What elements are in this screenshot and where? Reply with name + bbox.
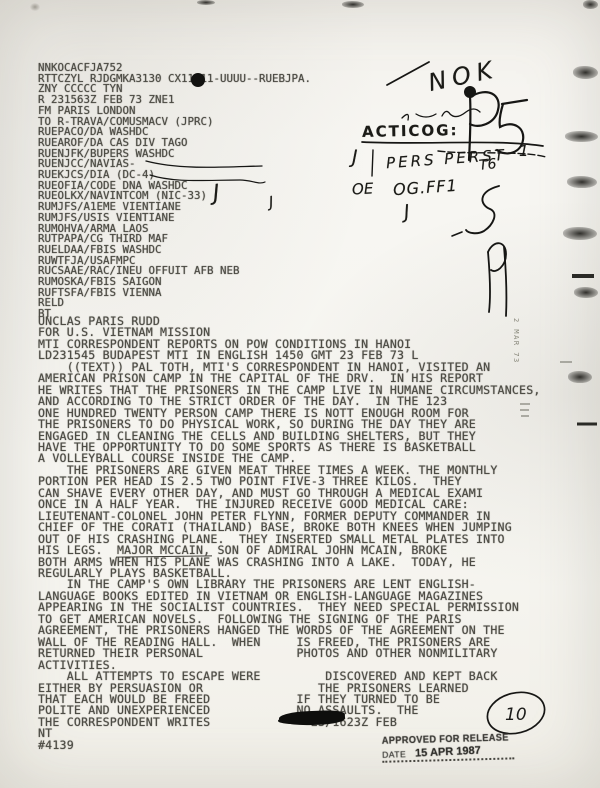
- scan-smudge: [583, 0, 598, 9]
- edge-mark: [574, 287, 598, 298]
- handwritten-one: 1: [519, 142, 529, 160]
- edge-mark: [568, 371, 592, 383]
- cursive-scribble: [402, 109, 480, 120]
- handwritten-j-bracket: J: [352, 146, 358, 168]
- handwritten-acticog: ACTICOG:: [362, 121, 459, 141]
- slash-mark: [387, 62, 429, 85]
- scan-smudge: [342, 1, 364, 8]
- teletype-routing-block: NNKOCACFJA752RTTCZYL RJDGMKA3130 CX11S11…: [38, 63, 311, 320]
- text-line: RELD: [38, 298, 311, 309]
- dark-margin-dashes: [572, 276, 597, 424]
- cable-body-text: UNCLAS PARIS RUDDFOR U.S. VIETNAM MISSIO…: [38, 316, 541, 751]
- acticog-underline: [362, 142, 543, 146]
- stamp-date-value: 15 APR 1987: [415, 745, 481, 760]
- handwritten-t6: T6: [478, 156, 497, 174]
- handwritten-j-under: J: [402, 201, 411, 224]
- scan-smudge: [30, 3, 40, 11]
- handwritten-nok: NOK: [426, 55, 501, 97]
- edge-mark: [565, 131, 598, 142]
- edge-mark: [573, 66, 598, 79]
- received-date-rotated-stamp: 2 MAR 73: [512, 318, 520, 364]
- s-flourish: [466, 186, 499, 233]
- scan-smudge: [197, 0, 215, 5]
- stamp-date-label: DATE: [382, 749, 406, 760]
- edge-mark: [567, 176, 597, 188]
- text-line: RUFTSFA/FBIS VIENNA: [38, 288, 311, 299]
- scanned-cable-page: NNKOCACFJA752RTTCZYL RJDGMKA3130 CX11S11…: [0, 0, 600, 788]
- handwritten-og-ff1: OG.FF1: [392, 176, 458, 199]
- signature-flourish: [488, 243, 506, 316]
- handwritten-oe: OE: [352, 179, 374, 198]
- edge-mark: [563, 227, 597, 240]
- approved-for-release-stamp: APPROVED FOR RELEASE DATE 15 APR 1987: [382, 732, 521, 763]
- bracket-bar: [372, 150, 373, 176]
